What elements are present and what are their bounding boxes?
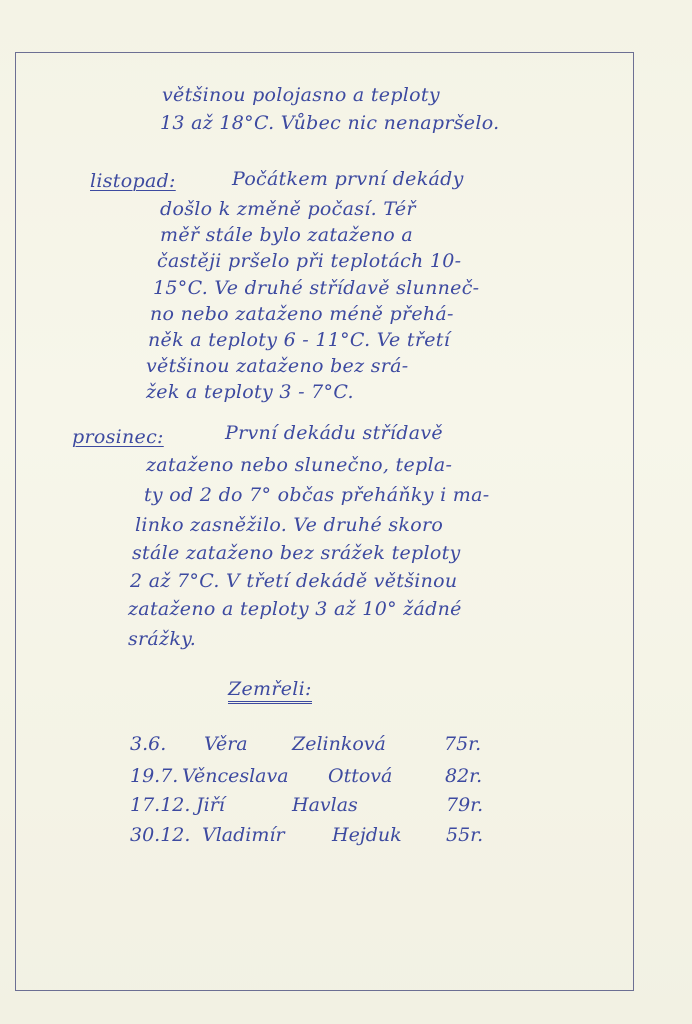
death-last-name: Havlas [292, 794, 358, 816]
december-line: ty od 2 do 7° občas přeháňky i ma- [144, 486, 489, 505]
intro-line: 13 až 18°C. Vůbec nic nenapršelo. [160, 114, 499, 133]
december-line: stále zataženo bez srážek teploty [132, 544, 461, 563]
notebook-page: většinou polojasno a teploty 13 až 18°C.… [0, 0, 692, 1024]
death-last-name: Zelinková [292, 733, 386, 755]
deaths-heading: Zemřeli: [228, 680, 312, 704]
death-first-name: Věra [204, 733, 248, 755]
november-line: většinou zataženo bez srá- [146, 357, 409, 376]
death-first-name: Vladimír [202, 824, 285, 846]
november-line: častěji pršelo při teplotách 10- [157, 252, 461, 271]
november-line: no nebo zataženo méně přehá- [150, 305, 454, 324]
death-last-name: Ottová [328, 765, 392, 787]
death-last-name: Hejduk [332, 824, 402, 846]
death-date: 19.7. [130, 765, 178, 787]
intro-line: většinou polojasno a teploty [162, 86, 440, 105]
section-label-november: listopad: [90, 172, 176, 191]
december-line: srážky. [128, 630, 196, 649]
november-line: měř stále bylo zataženo a [160, 226, 413, 245]
death-date: 3.6. [130, 733, 166, 755]
death-first-name: Jiří [196, 794, 225, 816]
section-label-december: prosinec: [72, 428, 164, 447]
december-line: zataženo nebo slunečno, tepla- [146, 456, 452, 475]
death-date: 30.12. [130, 824, 190, 846]
november-line: 15°C. Ve druhé střídavě slunneč- [153, 279, 479, 298]
death-age: 75r. [444, 733, 481, 755]
november-line: Počátkem první dekády [232, 170, 464, 189]
death-date: 17.12. [130, 794, 190, 816]
november-line: něk a teploty 6 - 11°C. Ve třetí [148, 331, 450, 350]
november-line: došlo k změně počasí. Téř [160, 200, 416, 219]
death-age: 55r. [446, 824, 483, 846]
december-line: První dekádu střídavě [225, 424, 443, 443]
death-first-name: Věnceslava [182, 765, 289, 787]
death-age: 82r. [445, 765, 482, 787]
december-line: zataženo a teploty 3 až 10° žádné [128, 600, 462, 619]
november-line: žek a teploty 3 - 7°C. [146, 383, 354, 402]
death-age: 79r. [446, 794, 483, 816]
december-line: linko zasněžilo. Ve druhé skoro [135, 516, 443, 535]
december-line: 2 až 7°C. V třetí dekádě většinou [130, 572, 457, 591]
